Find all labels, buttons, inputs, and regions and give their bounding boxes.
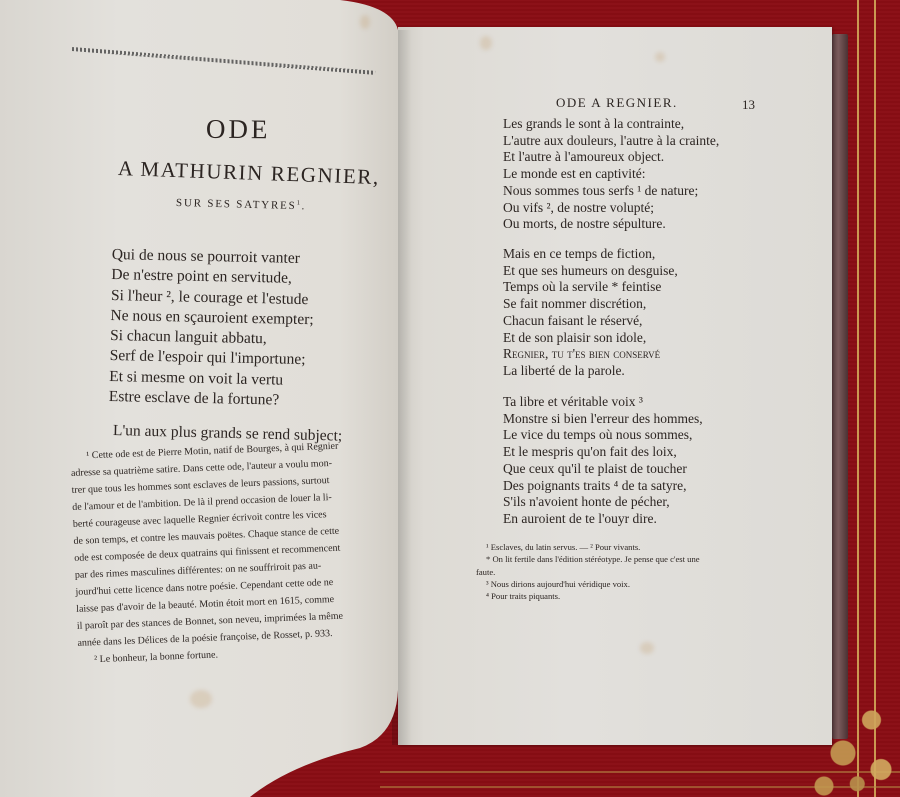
page-title: ODE <box>206 114 271 146</box>
verse-line: L'autre aux douleurs, l'autre à la crain… <box>503 133 719 150</box>
verse-line: Et le mespris qu'on fait des loix, <box>503 444 703 461</box>
verse-line: Monstre si bien l'erreur des hommes, <box>503 411 703 428</box>
foxing-stain <box>190 690 212 708</box>
verse-line: Ou vifs ², de nostre volupté; <box>503 200 719 217</box>
left-stanza-1: Qui de nous se pourroit vanter De n'estr… <box>109 245 316 412</box>
foxing-stain <box>480 36 492 50</box>
verse-line: Et de son plaisir son idole, <box>503 330 678 347</box>
gold-fillet-line <box>857 0 859 797</box>
verse-line: Ou morts, de nostre sépulture. <box>503 216 719 233</box>
foxing-stain <box>360 15 370 29</box>
footnote: ⁴ Pour traits piquants. <box>476 590 700 602</box>
verse-line: Que ceux qu'il te plaist de toucher <box>503 461 703 478</box>
verse-line: Nous sommes tous serfs ¹ de nature; <box>503 183 719 200</box>
verse-line: Temps où la servile * feintise <box>503 279 678 296</box>
running-head: ODE A REGNIER. <box>556 95 678 111</box>
footnote: * On lit fertile dans l'édition stéréoty… <box>476 553 700 565</box>
gold-fillet-line <box>874 0 876 797</box>
verse-line: Et l'autre à l'amoureux object. <box>503 149 719 166</box>
verse-line: Ta libre et véritable voix ³ <box>503 394 703 411</box>
verse-line: Et que ses humeurs on desguise, <box>503 263 678 280</box>
foxing-stain <box>640 642 654 654</box>
verse-line: Chacun faisant le réservé, <box>503 313 678 330</box>
verse-line: Le vice du temps où nous sommes, <box>503 427 703 444</box>
right-stanza-1: Les grands le sont à la contrainte, L'au… <box>503 116 719 233</box>
left-footnotes: ¹ Cette ode est de Pierre Motin, natif d… <box>70 438 346 669</box>
verse-line: Estre esclave de la fortune? <box>109 387 313 412</box>
foxing-stain <box>655 52 665 62</box>
verse-line: Les grands le sont à la contrainte, <box>503 116 719 133</box>
verse-line: Regnier, tu t'es bien conservé <box>503 346 678 363</box>
right-footnotes: ¹ Esclaves, du latin servus. — ² Pour vi… <box>476 541 700 602</box>
page-number: 13 <box>742 97 755 113</box>
footnote: ³ Nous dirions aujourd'hui véridique voi… <box>476 578 700 590</box>
verse-line: Se fait nommer discrétion, <box>503 296 678 313</box>
verse-line: Mais en ce temps de fiction, <box>503 246 678 263</box>
footnote: faute. <box>476 566 700 578</box>
verse-line: La liberté de la parole. <box>503 363 678 380</box>
page-edge-block <box>832 34 848 739</box>
footnote-marker: 1 <box>297 199 302 206</box>
verse-line: Des poignants traits ⁴ de ta satyre, <box>503 478 703 495</box>
verse-line: S'ils n'avoient honte de pécher, <box>503 494 703 511</box>
footnote: ¹ Esclaves, du latin servus. — ² Pour vi… <box>476 541 700 553</box>
right-stanza-3: Ta libre et véritable voix ³ Monstre si … <box>503 394 703 528</box>
right-stanza-2: Mais en ce temps de fiction, Et que ses … <box>503 246 678 380</box>
verse-line: Le monde est en captivité: <box>503 166 719 183</box>
verse-line: En auroient de te l'ouyr dire. <box>503 511 703 528</box>
